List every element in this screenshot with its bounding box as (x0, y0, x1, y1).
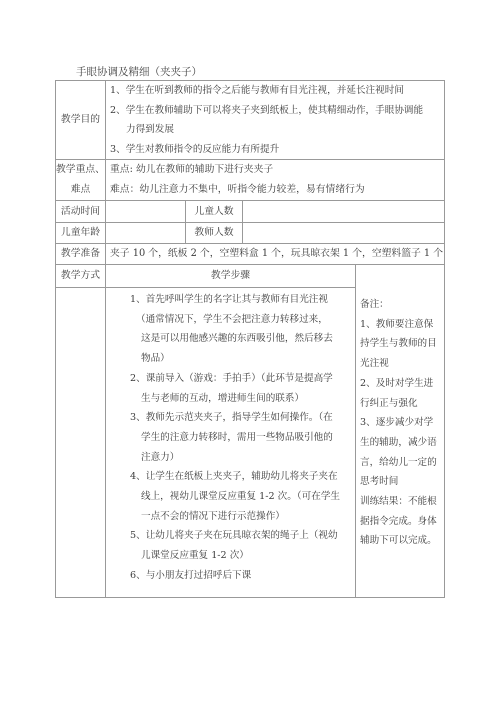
note-line: 持学生与教师的目 (360, 334, 444, 354)
steps-content-cell: 1、首先呼叫学生的名字让其与教师有目光注视 （通常情况下，学生不会把注意力转移过… (105, 287, 356, 598)
step-line: 一点不会的情况下进行示范操作） (141, 507, 355, 527)
child-count-value[interactable] (242, 200, 445, 223)
method-label: 教学方式 (61, 266, 100, 286)
goal-line: 3、学生对教师指令的反应能力有所提升 (110, 140, 440, 160)
prep-value: 夹子 10 个，纸板 2 个，空塑料盒 1 个，玩具晾衣架 1 个，空塑料篮子 … (110, 248, 443, 259)
activity-time-label: 活动时间 (61, 202, 100, 222)
note-line: 生的辅助，减少语 (360, 433, 444, 453)
focus-label-1: 教学重点、 (56, 160, 105, 180)
activity-time-label-cell: 活动时间 (55, 200, 106, 223)
step-line: （通常情况下，学生不会把注意力转移过来， (136, 310, 355, 330)
goals-content-cell: 1、学生在听到教师的指令之后能与教师有目光注视，并延长注视时间 2、学生在教师辅… (105, 80, 445, 160)
note-line: 备注： (360, 295, 444, 315)
method-value-cell (55, 287, 106, 598)
note-line: 3、逐步减少对学 (360, 413, 444, 433)
teacher-count-value[interactable] (242, 222, 445, 244)
prep-label: 教学准备 (61, 244, 100, 264)
teacher-count-label: 教师人数 (194, 223, 233, 243)
child-age-value[interactable] (105, 222, 186, 244)
goal-line: 1、学生在听到教师的指令之后能与教师有目光注视，并延长注视时间 (110, 81, 440, 101)
step-line: 6、与小朋友打过招呼后下课 (130, 566, 355, 586)
note-line: 1、教师要注意保 (360, 315, 444, 335)
step-line: 生与老师的互动，增进师生间的联系） (141, 389, 355, 409)
child-age-label-cell: 儿童年龄 (55, 222, 106, 244)
note-line: 思考时间 (360, 472, 444, 492)
step-line: 儿课堂反应重复 1-2 次） (141, 546, 355, 566)
step-line: 物品） (141, 349, 355, 369)
step-line: 3、教师先示范夹夹子，指导学生如何操作。（在 (130, 408, 355, 428)
note-line: 行纠正与强化 (360, 394, 444, 414)
prep-content-cell: 夹子 10 个，纸板 2 个，空塑料盒 1 个，玩具晾衣架 1 个，空塑料篮子 … (105, 243, 445, 265)
step-line: 5、让幼儿将夹子夹在玩具晾衣架的绳子上（视幼 (130, 526, 355, 546)
note-line: 光注视 (360, 354, 444, 374)
step-line: 1、首先呼叫学生的名字让其与教师有目光注视 (130, 290, 355, 310)
step-line: 线上，视幼儿课堂反应重复 1-2 次。（可在学生 (141, 487, 355, 507)
child-age-label: 儿童年龄 (61, 223, 100, 243)
step-line: 注意力） (141, 448, 355, 468)
document-title: 手眼协调及精细（夹夹子） (76, 64, 202, 79)
goals-label-cell: 教学目的 (55, 80, 106, 160)
goals-label: 教学目的 (61, 110, 100, 130)
child-count-label-cell: 儿童人数 (185, 200, 243, 223)
focus-content-cell: 重点: 幼儿在教师的辅助下进行夹夹子 难点：幼儿注意力不集中，听指令能力较差，易… (105, 159, 445, 201)
focus-label-cell: 教学重点、 难点 (55, 159, 106, 201)
goal-line: 2、学生在教师辅助下可以将夹子夹到纸板上，使其精细动作，手眼协调能 (110, 101, 440, 121)
steps-header-cell: 教学步骤 (105, 264, 356, 288)
note-line: 2、及时对学生进 (360, 374, 444, 394)
key-point: 重点: 幼儿在教师的辅助下进行夹夹子 (110, 160, 440, 180)
notes-cell: 备注： 1、教师要注意保 持学生与教师的目 光注视 2、及时对学生进 行纠正与强… (355, 264, 445, 598)
prep-label-cell: 教学准备 (55, 243, 106, 265)
method-label-cell: 教学方式 (55, 264, 106, 288)
note-line: 辅助下可以完成。 (360, 531, 444, 551)
focus-label-2: 难点 (56, 180, 105, 200)
step-line: 2、课前导入（游戏：手拍手）（此环节是提高学 (130, 369, 355, 389)
step-line: 学生的注意力转移时，需用一些物品吸引他的 (141, 428, 355, 448)
goal-line: 力得到发展 (110, 120, 440, 140)
child-count-label: 儿童人数 (194, 202, 233, 222)
activity-time-value[interactable] (105, 200, 186, 223)
teacher-count-label-cell: 教师人数 (185, 222, 243, 244)
difficulty: 难点：幼儿注意力不集中，听指令能力较差，易有情绪行为 (110, 180, 440, 200)
steps-header: 教学步骤 (211, 266, 250, 286)
step-line: 4、让学生在纸板上夹夹子，辅助幼儿将夹子夹在 (130, 467, 355, 487)
step-line: 这是可以用他感兴趣的东西吸引他，然后移去 (141, 329, 355, 349)
note-line: 训练结果：不能根 (360, 492, 444, 512)
note-line: 据指令完成。身体 (360, 512, 444, 532)
note-line: 言，给幼儿一定的 (360, 453, 444, 473)
